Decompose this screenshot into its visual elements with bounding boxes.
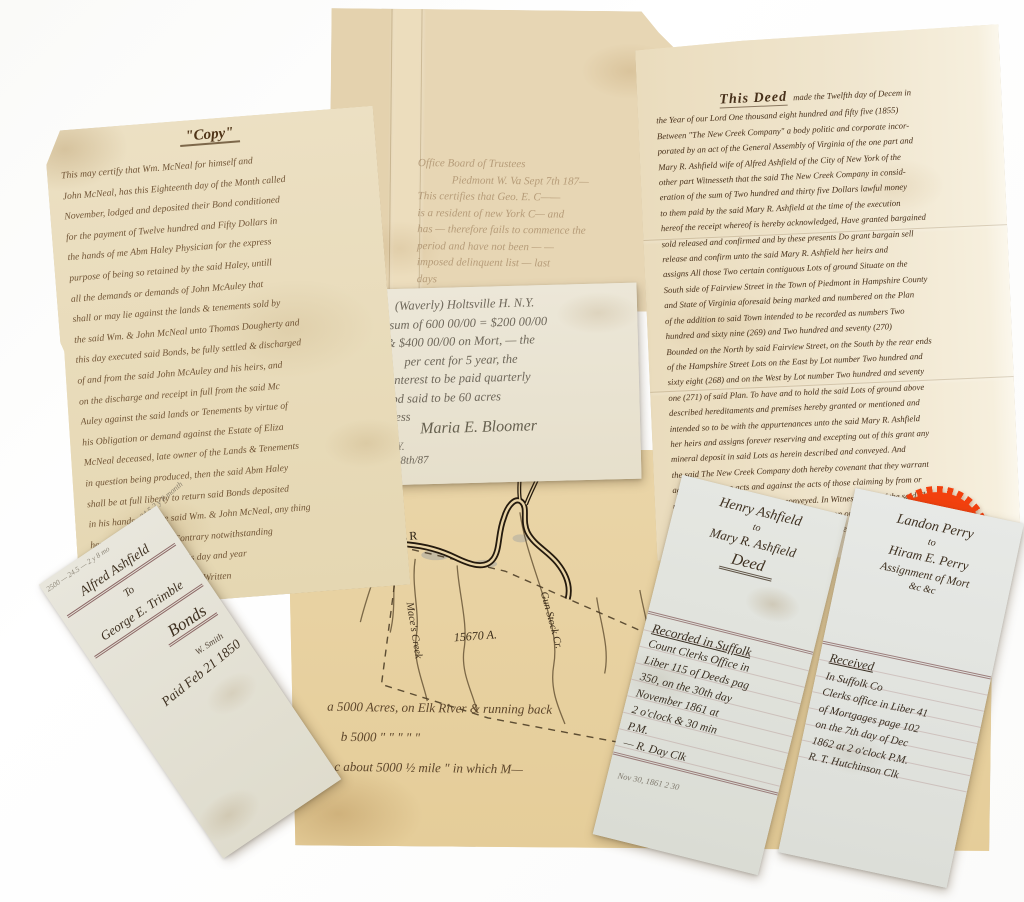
gunstock-creek-label: Gun Stock Cr. xyxy=(538,591,564,650)
trustees-line: This certifies that Geo. E. C—— xyxy=(418,188,668,207)
letter-title-text: "Copy" xyxy=(179,124,241,147)
letter-body: This may certify that Wm. McNeal for him… xyxy=(60,142,401,597)
trustees-line: imposed delinquent list — last xyxy=(417,254,667,273)
deed-opening-rest: made the Twelfth day of Decem in xyxy=(793,87,911,102)
photo-of-antique-documents: Office Board of TrusteesPiedmont W. Va S… xyxy=(0,0,1024,902)
copy-letter: "Copy" This may certify that Wm. McNeal … xyxy=(44,106,411,610)
trustees-line: Office Board of Trustees xyxy=(418,155,668,174)
maces-creek-label: Mace's Creek xyxy=(404,600,424,659)
deed-body: the Year of our Lord One thousand eight … xyxy=(656,99,1008,545)
trustees-line: has — therefore fails to commence the xyxy=(417,221,667,240)
acreage-label: 15670 A. xyxy=(453,627,497,644)
deed-opening-words: This Deed xyxy=(719,90,787,109)
receipt-text: (Waverly) Holtsville H. N.Y.sum of 600 0… xyxy=(389,293,550,427)
received-section: ReceivedIn Suffolk CoClerks office in Li… xyxy=(797,641,992,800)
recorded-section: Recorded in SuffolkCount Clerks Office i… xyxy=(613,611,814,796)
fold-crease xyxy=(388,9,392,309)
receipt-signature: Maria E. Bloomer xyxy=(420,417,537,438)
bloomer-pencil-note: (Waverly) Holtsville H. N.Y.sum of 600 0… xyxy=(376,283,641,486)
